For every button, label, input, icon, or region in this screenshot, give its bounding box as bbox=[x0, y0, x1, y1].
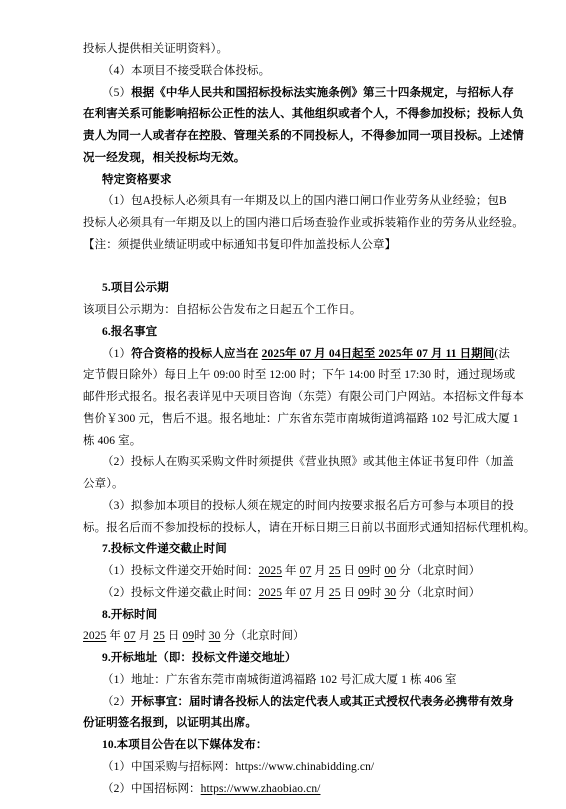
text-run: 年 bbox=[282, 565, 300, 577]
text-run: 责人为同一人或者存在控股、管理关系的不同投标人，不得参加同一项目投标。上述情 bbox=[83, 130, 524, 142]
text-run: 投标人必须具有一年期及以上的国内港口后场查验作业或拆装箱作业的劳务从业经验。 bbox=[83, 217, 524, 229]
text-line: （5）根据《中华人民共和国招标投标法实施条例》第三十四条规定，与招标人存 bbox=[83, 83, 516, 105]
text-run: 09 bbox=[183, 630, 195, 642]
text-line: 责人为同一人或者存在控股、管理关系的不同投标人，不得参加同一项目投标。上述情 bbox=[83, 126, 516, 148]
text-line: （1）包A投标人必须具有一年期及以上的国内港口闸口作业劳务从业经验；包B bbox=[83, 191, 516, 213]
text-run: 月 bbox=[311, 587, 329, 599]
text-run: 开标事宜：届时请各投标人的法定代表人或其正式授权代表务必携带有效身 bbox=[131, 696, 514, 708]
text-run: 分（北京时间） bbox=[396, 565, 480, 577]
text-run: 定节假日除外）每日上午 09:00 时至 12:00 时；下午 14:00 时至… bbox=[83, 369, 515, 381]
text-run: （1）投标文件递交开始时间： bbox=[102, 565, 259, 577]
text-run: （2）投标文件递交截止时间： bbox=[102, 587, 259, 599]
text-line: （4）本项目不接受联合体投标。 bbox=[83, 61, 516, 83]
text-run: 30 bbox=[384, 587, 396, 599]
text-run: 日 bbox=[341, 587, 359, 599]
text-line: 投标人提供相关证明资料）。 bbox=[83, 39, 516, 61]
text-run: 【注：须提供业绩证明或中标通知书复印件加盖投标人公章】 bbox=[83, 239, 396, 251]
text-line: 8.开标时间 bbox=[83, 605, 516, 627]
text-line: 况一经发现，相关投标均无效。 bbox=[83, 148, 516, 170]
text-line: （2）中国招标网：https://www.zhaobiao.cn/ bbox=[83, 779, 516, 801]
link-url[interactable]: https://www.zhaobiao.cn/ bbox=[201, 783, 321, 795]
text-run: 7.投标文件递交截止时间 bbox=[102, 543, 227, 555]
text-run: 投标人提供相关证明资料）。 bbox=[83, 43, 228, 55]
text-line: 【注：须提供业绩证明或中标通知书复印件加盖投标人公章】 bbox=[83, 235, 516, 257]
text-run: (法 bbox=[494, 348, 510, 360]
text-run: （1） bbox=[102, 348, 131, 360]
text-line: 6.报名事宜 bbox=[83, 322, 516, 344]
text-line: 特定资格要求 bbox=[83, 170, 516, 192]
text-line: 投标人必须具有一年期及以上的国内港口后场查验作业或拆装箱作业的劳务从业经验。 bbox=[83, 213, 516, 235]
text-run: 该项目公示期为：自招标公告发布之日起五个工作日。 bbox=[83, 304, 361, 316]
text-run: https://www.chinabidding.cn/ bbox=[235, 761, 374, 773]
text-run: 邮件形式报名。报名表详见中天项目咨询（东莞）有限公司门户网站。本招标文件每本 bbox=[83, 391, 524, 403]
text-run: 30 bbox=[209, 630, 221, 642]
text-run: 月 bbox=[136, 630, 154, 642]
text-run: 售价￥300 元，售后不退。报名地址：广东省东莞市南城街道鸿福路 102 号汇成… bbox=[83, 413, 519, 425]
text-line: 5.项目公示期 bbox=[83, 278, 516, 300]
text-run: 年 bbox=[282, 587, 300, 599]
text-line: 2025 年 07 月 25 日 09时 30 分（北京时间） bbox=[83, 626, 516, 648]
text-line: 该项目公示期为：自招标公告发布之日起五个工作日。 bbox=[83, 300, 516, 322]
document-page: 投标人提供相关证明资料）。（4）本项目不接受联合体投标。（5）根据《中华人民共和… bbox=[0, 0, 566, 809]
text-run: 8.开标时间 bbox=[102, 609, 157, 621]
text-run: 09 bbox=[358, 565, 370, 577]
text-run: （2）投标人在购买采购文件时须提供《营业执照》或其他主体证书复印件（加盖 bbox=[102, 456, 514, 468]
text-run: 时 bbox=[194, 630, 209, 642]
text-run: 根据《中华人民共和国招标投标法实施条例》第三十四条规定，与招标人存 bbox=[131, 87, 514, 99]
text-run: 日 bbox=[341, 565, 359, 577]
text-run: 2025 bbox=[259, 587, 282, 599]
text-run: 6.报名事宜 bbox=[102, 326, 157, 338]
text-line: （2）开标事宜：届时请各投标人的法定代表人或其正式授权代表务必携带有效身 bbox=[83, 692, 516, 714]
text-run: 5.项目公示期 bbox=[102, 282, 169, 294]
text-line: （3）拟参加本项目的投标人须在规定的时间内按要求报名后方可参与本项目的投 bbox=[83, 496, 516, 518]
text-run: 月 bbox=[311, 565, 329, 577]
text-run: 时 bbox=[370, 587, 385, 599]
text-run: 年 bbox=[106, 630, 124, 642]
text-run: 25 bbox=[153, 630, 165, 642]
text-line: 公章）。 bbox=[83, 474, 516, 496]
text-line: 在利害关系可能影响招标公正性的法人、其他组织或者个人，不得参加投标；投标人负 bbox=[83, 104, 516, 126]
text-run: 分（北京时间） bbox=[220, 630, 304, 642]
text-run: 况一经发现，相关投标均无效。 bbox=[83, 152, 245, 164]
text-line: （2）投标文件递交截止时间：2025 年 07 月 25 日 09时 30 分（… bbox=[83, 583, 516, 605]
text-run: 2025 bbox=[259, 565, 282, 577]
text-run: 特定资格要求 bbox=[102, 174, 172, 186]
text-run: 07 bbox=[124, 630, 136, 642]
text-line: （1）地址：广东省东莞市南城街道鸿福路 102 号汇成大厦 1 栋 406 室 bbox=[83, 670, 516, 692]
text-run: （4）本项目不接受联合体投标。 bbox=[102, 65, 270, 77]
text-run: 25 bbox=[329, 587, 341, 599]
text-run: 栋 406 室。 bbox=[83, 435, 141, 447]
text-run: 日 bbox=[165, 630, 183, 642]
text-run: 2025 bbox=[83, 630, 106, 642]
text-line: 标。报名后而不参加投标的投标人，请在开标日期三日前以书面形式通知招标代理机构。 bbox=[83, 518, 516, 540]
text-run: 25 bbox=[329, 565, 341, 577]
text-run: 00 bbox=[384, 565, 396, 577]
text-run: 07 bbox=[300, 587, 312, 599]
text-run: 07 bbox=[300, 565, 312, 577]
text-run: 分（北京时间） bbox=[396, 587, 480, 599]
text-line: （1）投标文件递交开始时间：2025 年 07 月 25 日 09时 00 分（… bbox=[83, 561, 516, 583]
text-line: （2）投标人在购买采购文件时须提供《营业执照》或其他主体证书复印件（加盖 bbox=[83, 452, 516, 474]
text-line: （1）中国采购与招标网：https://www.chinabidding.cn/ bbox=[83, 757, 516, 779]
text-line: 邮件形式报名。报名表详见中天项目咨询（东莞）有限公司门户网站。本招标文件每本 bbox=[83, 387, 516, 409]
text-run: 公章）。 bbox=[83, 478, 124, 490]
text-line: （1）符合资格的投标人应当在 2025年 07 月 04日起至 2025年 07… bbox=[83, 344, 516, 366]
text-run: （2）中国招标网： bbox=[102, 783, 201, 795]
text-run: 09 bbox=[358, 587, 370, 599]
text-line: 7.投标文件递交截止时间 bbox=[83, 539, 516, 561]
text-run: 10.本项目公告在以下媒体发布： bbox=[102, 739, 267, 751]
text-line: 栋 406 室。 bbox=[83, 431, 516, 453]
text-run: 符合资格的投标人应当在 bbox=[131, 348, 262, 360]
document-body: 投标人提供相关证明资料）。（4）本项目不接受联合体投标。（5）根据《中华人民共和… bbox=[83, 39, 516, 800]
text-run: （2） bbox=[102, 696, 131, 708]
text-run: （5） bbox=[102, 87, 131, 99]
text-line: 定节假日除外）每日上午 09:00 时至 12:00 时；下午 14:00 时至… bbox=[83, 365, 516, 387]
text-run: （1）地址：广东省东莞市南城街道鸿福路 102 号汇成大厦 1 栋 406 室 bbox=[102, 674, 457, 686]
text-run: 9.开标地址（即：投标文件递交地址） bbox=[102, 652, 296, 664]
text-line: 10.本项目公告在以下媒体发布： bbox=[83, 735, 516, 757]
text-run: （1）中国采购与招标网： bbox=[102, 761, 235, 773]
text-run: 在利害关系可能影响招标公正性的法人、其他组织或者个人，不得参加投标；投标人负 bbox=[83, 108, 524, 120]
text-run: （3）拟参加本项目的投标人须在规定的时间内按要求报名后方可参与本项目的投 bbox=[102, 500, 514, 512]
text-run: 时 bbox=[370, 565, 385, 577]
text-run: （1）包A投标人必须具有一年期及以上的国内港口闸口作业劳务从业经验；包B bbox=[102, 195, 507, 207]
text-run: 2025年 07 月 04日起至 2025年 07 月 11 日期间 bbox=[262, 348, 495, 360]
text-line: 份证明签名报到，以证明其出席。 bbox=[83, 713, 516, 735]
text-run: 标。报名后而不参加投标的投标人，请在开标日期三日前以书面形式通知招标代理机构。 bbox=[83, 522, 535, 534]
text-line: 9.开标地址（即：投标文件递交地址） bbox=[83, 648, 516, 670]
text-run: 份证明签名报到，以证明其出席。 bbox=[83, 717, 257, 729]
text-line: 售价￥300 元，售后不退。报名地址：广东省东莞市南城街道鸿福路 102 号汇成… bbox=[83, 409, 516, 431]
